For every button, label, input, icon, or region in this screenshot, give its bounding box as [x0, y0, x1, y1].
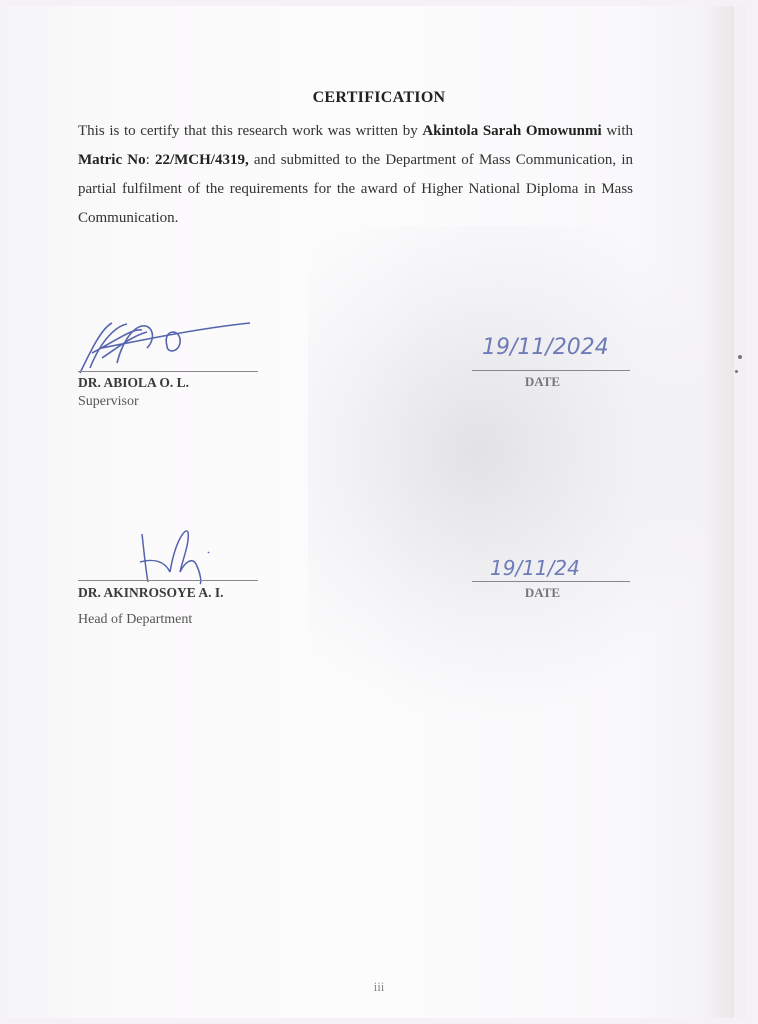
supervisor-signature-line [78, 371, 258, 372]
supervisor-date-label: DATE [465, 374, 620, 390]
page-number: iii [0, 979, 758, 995]
author-name: Akintola Sarah Omowunmi [422, 123, 601, 139]
hod-signature-line [78, 580, 258, 581]
supervisor-handwritten-date: 19/11/2024 [482, 335, 609, 360]
matric-number: 22/MCH/4319, [155, 152, 249, 168]
hod-handwritten-date: 19/11/24 [490, 556, 580, 580]
supervisor-role: Supervisor [78, 394, 139, 410]
hod-role: Head of Department [78, 612, 192, 628]
colon: : [146, 152, 155, 168]
scan-edge [704, 6, 734, 1018]
certification-paragraph: This is to certify that this research wo… [78, 117, 633, 233]
scan-speck [738, 355, 742, 359]
hod-date-line [472, 581, 630, 582]
hod-signature [130, 522, 220, 584]
supervisor-name: DR. ABIOLA O. L. [78, 375, 189, 391]
intro-text: This is to certify that this research wo… [78, 123, 422, 139]
supervisor-date-line [472, 370, 630, 371]
matric-label: Matric No [78, 152, 146, 168]
scan-speck [735, 370, 738, 373]
hod-name: DR. AKINROSOYE A. I. [78, 585, 224, 601]
scan-shadow [308, 226, 728, 726]
supervisor-signature [72, 318, 262, 378]
page-title: CERTIFICATION [0, 89, 758, 107]
hod-date-label: DATE [465, 585, 620, 601]
connector-text: with [602, 123, 633, 139]
